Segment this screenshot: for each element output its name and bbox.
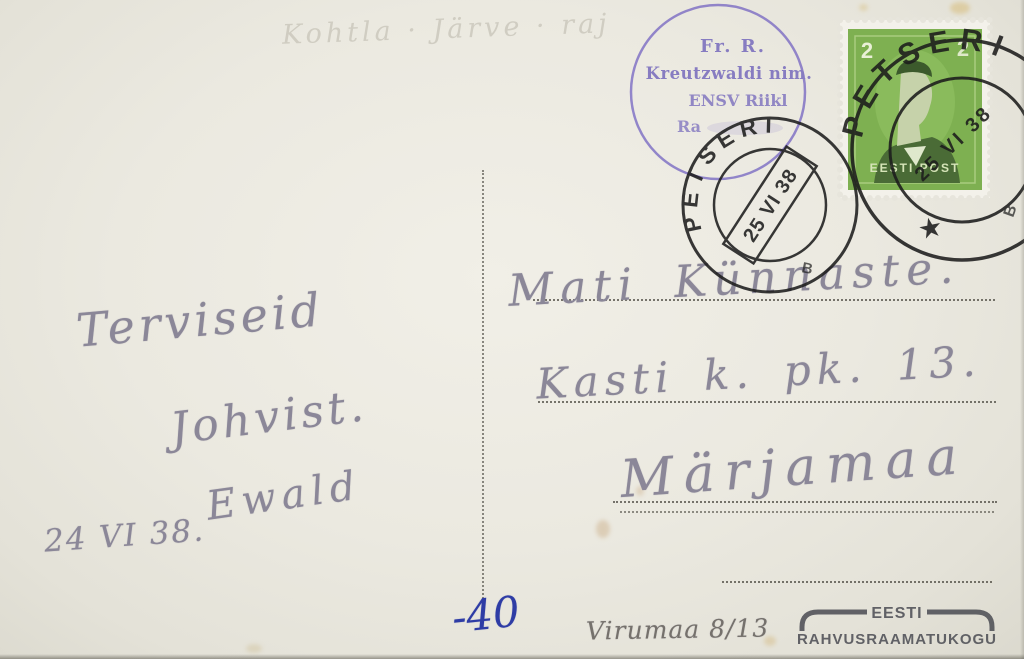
stamp-denomination-right: 2	[957, 36, 969, 61]
address-rule-4	[722, 581, 992, 583]
svg-text:PETSERI: PETSERI	[836, 23, 1015, 141]
scan-edge-shadow-bottom	[0, 654, 1024, 659]
postmark-left-inner-ring	[714, 149, 826, 261]
address-town: Märjamaa	[619, 430, 969, 506]
postmark-left-town: PETSERI	[676, 112, 779, 235]
paper-stain	[596, 520, 610, 538]
postmark-right-date: 25 VI 38	[911, 102, 997, 186]
postmark-right-outer-ring	[852, 40, 1024, 260]
postmark-left-date-band	[723, 147, 816, 264]
paper-stain	[246, 644, 262, 653]
postmark-right: PETSERI ★ 25 VI 38 B	[836, 23, 1024, 260]
message-greeting: Terviseid	[74, 286, 325, 353]
national-library-stamp: EESTI RAHVUSRAAMATUKOGU	[797, 605, 997, 648]
stamp-inner-frame	[855, 36, 975, 183]
portrait-hair	[896, 61, 932, 77]
message-date: 24 VI 38.	[43, 515, 206, 557]
postmark-right-index-letter: B	[1001, 203, 1021, 220]
printed-divider-line	[482, 170, 484, 607]
stamp-portrait-background	[875, 50, 955, 154]
scan-edge-shadow-right	[1020, 0, 1024, 659]
postcard-back: Kohtla · Järve · raj Terviseid Johvist. …	[0, 0, 1024, 659]
library-stamp-line4: Ra	[677, 117, 701, 136]
pencil-catalog-note: Virumaa 8/13	[586, 615, 770, 643]
portrait-collar	[904, 146, 926, 166]
stamp-denomination-left: 2	[861, 38, 873, 63]
message-place: Johvist.	[168, 384, 370, 452]
portrait-face	[897, 68, 932, 146]
postage-stamp: 2 2 EESTI POST	[840, 20, 990, 198]
library-stamp-ring	[631, 5, 805, 179]
stamp-country-inscription: EESTI POST	[870, 161, 961, 175]
paper-stain	[859, 4, 868, 11]
national-library-line2: RAHVUSRAAMATUKOGU	[797, 631, 997, 648]
postmark-right-inner-ring	[890, 78, 1024, 222]
paper-stain	[950, 2, 970, 14]
faint-pencil-note: Kohtla · Järve · raj	[282, 10, 611, 48]
postmark-left-date: 25 VI 38	[739, 165, 802, 246]
address-rule-3b	[620, 511, 994, 513]
national-library-line1: EESTI	[871, 605, 922, 622]
stamp-portrait	[874, 61, 960, 183]
library-stamp-bracket-right	[927, 612, 992, 631]
message-signature: Ewald	[204, 465, 364, 526]
stamp-green-panel	[848, 29, 982, 190]
stamp-perforation	[840, 20, 990, 198]
svg-text:PETSERI: PETSERI	[676, 112, 779, 235]
address-name: Mati Künnaste.	[507, 246, 961, 314]
library-round-stamp: Fr. R. Kreutzwaldi nim. ENSV Riikl Ra	[631, 5, 812, 179]
library-stamp-bracket-left	[802, 612, 867, 631]
postmark-right-town: PETSERI	[836, 23, 1015, 141]
library-stamp-line3: ENSV Riikl	[689, 91, 788, 110]
library-stamp-line2: Kreutzwaldi nim.	[646, 64, 813, 83]
library-stamp-line1: Fr. R.	[700, 36, 766, 57]
library-stamp-smudge	[707, 121, 783, 135]
blue-ink-number: -40	[450, 591, 522, 640]
address-street: Kasti k. pk. 13.	[535, 340, 982, 405]
stamp-backing	[840, 20, 990, 198]
portrait-coat	[874, 137, 960, 183]
postmark-right-star: ★	[917, 213, 944, 244]
